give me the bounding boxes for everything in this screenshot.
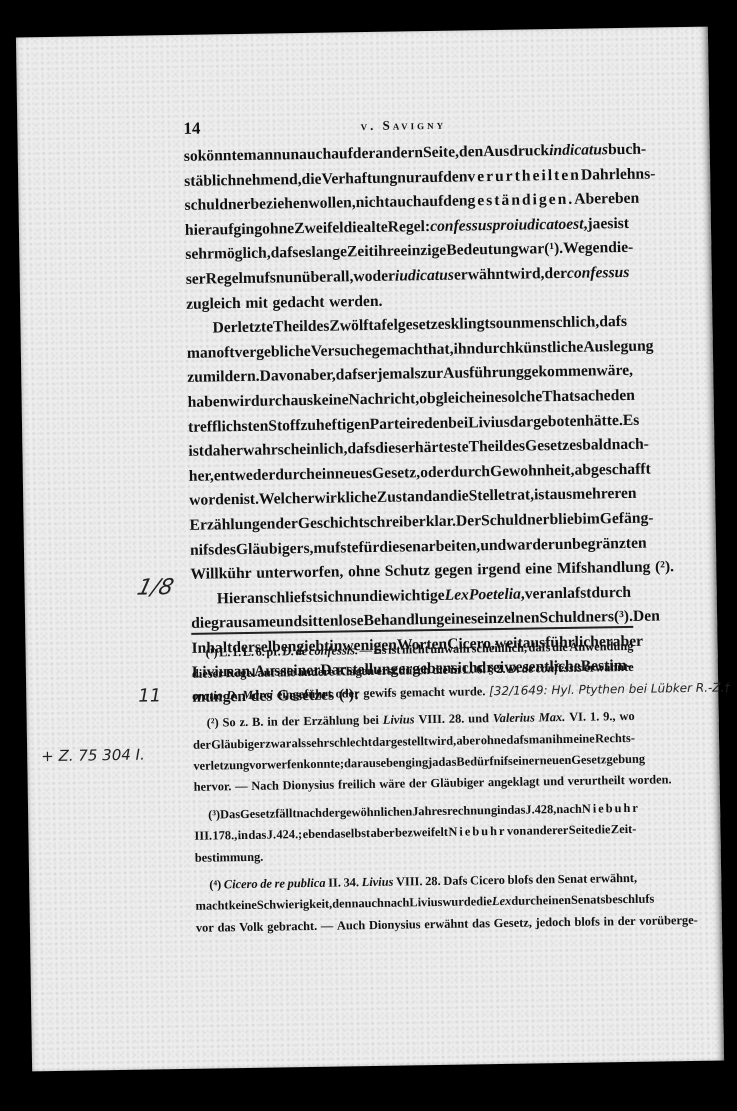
scanned-page: 14 v. Savigny sokönntemannunauchaufderan… (16, 27, 724, 1072)
handwritten-margin-note: 1/8 (134, 575, 176, 601)
handwritten-annotation: [32/1649: Hyl. Ptythen bei Lübker R.-Z.† (489, 677, 731, 702)
handwritten-margin-note: + Z. 75 304 I. (41, 746, 145, 766)
footnotes: (¹)L.1.L.6.pr.D.deconfessis.—Esistnichtu… (191, 636, 638, 939)
running-head: v. Savigny (183, 114, 623, 137)
handwritten-margin-note: 11 (138, 685, 161, 706)
page-header: 14 v. Savigny (183, 112, 623, 141)
body-text: sokönntemannunauchaufderandernSeite,denA… (184, 138, 633, 710)
